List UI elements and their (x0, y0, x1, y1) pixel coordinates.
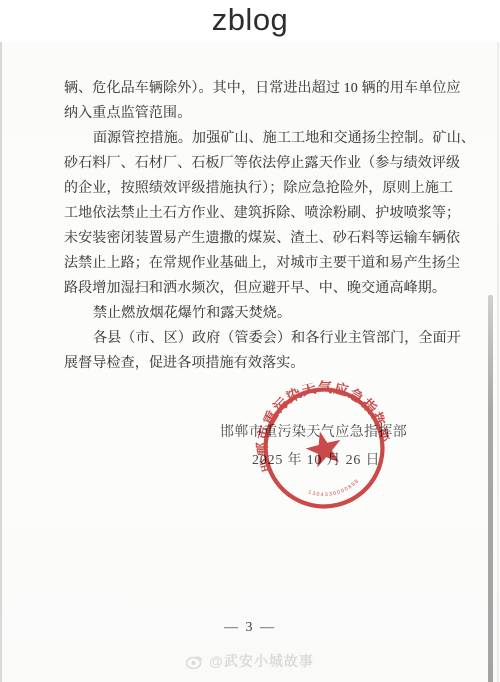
site-header: zblog (0, 0, 500, 42)
official-red-seal: 邯郸市重污染天气应急指挥部 1304330000898 (244, 368, 404, 528)
document-line: 纳入重点监管范围。 (64, 101, 450, 126)
document-line: 各县（市、区）政府（管委会）和各行业主管部门，全面开 (64, 326, 450, 351)
document-line: 法禁止上路；在常规作业基础上，对城市主要干道和易产生扬尘 (64, 251, 450, 276)
document-line: 展督导检查，促进各项措施有效落实。 (64, 351, 450, 376)
page-edge-left (0, 42, 2, 682)
document-line: 辆、危化品车辆除外）。其中，日常进出超过 10 辆的用车单位应 (64, 76, 450, 101)
page-number: — 3 — (0, 620, 500, 636)
document-line: 砂石料厂、石材厂、石板厂等依法停止露天作业（参与绩效评级 (64, 151, 450, 176)
document-line: 路段增加湿扫和洒水频次，但应避开早、中、晚交通高峰期。 (64, 276, 450, 301)
watermark-text: @武安小城故事 (209, 651, 314, 671)
document-line: 的企业，按照绩效评级措施执行）；除应急抢险外，原则上施工 (64, 176, 450, 201)
watermark: @武安小城故事 (0, 651, 500, 671)
document-line: 禁止燃放烟花爆竹和露天焚烧。 (64, 301, 450, 326)
document-body: 辆、危化品车辆除外）。其中，日常进出超过 10 辆的用车单位应 纳入重点监管范围… (64, 76, 450, 376)
weibo-eye-icon (186, 654, 203, 669)
scanned-document-page: 辆、危化品车辆除外）。其中，日常进出超过 10 辆的用车单位应 纳入重点监管范围… (0, 42, 500, 682)
site-title[interactable]: zblog (212, 0, 289, 40)
page-edge-right-faint (497, 42, 499, 682)
document-line: 工地依法禁止土石方作业、建筑拆除、喷涂粉刷、护坡喷浆等； (64, 201, 450, 226)
document-line: 未安装密闭装置易产生遗撒的煤炭、渣土、砂石料等运输车辆依 (64, 226, 450, 251)
seal-star-icon (303, 427, 346, 469)
screenshot-root: zblog 辆、危化品车辆除外）。其中，日常进出超过 10 辆的用车单位应 纳入… (0, 0, 500, 682)
document-line: 面源管控措施。加强矿山、施工工地和交通扬尘控制。矿山、 (64, 126, 450, 151)
